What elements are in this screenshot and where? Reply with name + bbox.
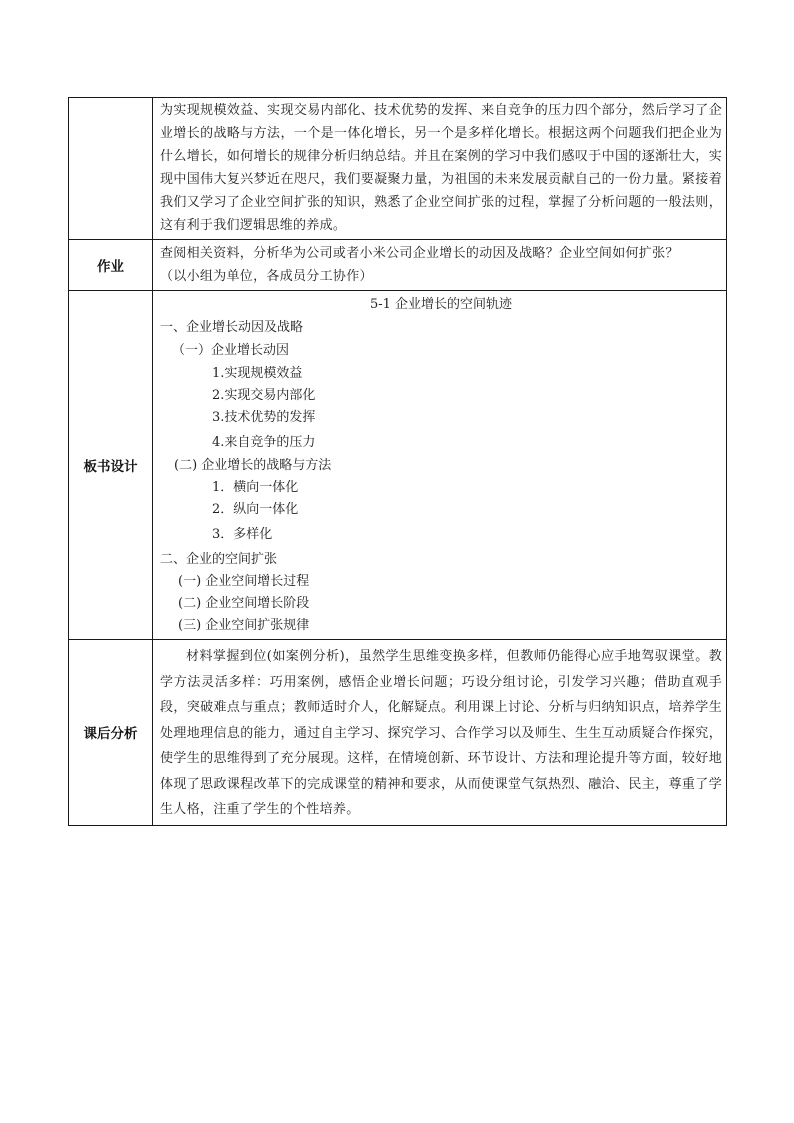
section-1-sub-1-heading: （一）企业增长动因 xyxy=(160,340,722,362)
summary-cell: 为实现规模效益、实现交易内部化、技术优势的发挥、来自竞争的压力四个部分，然后学习… xyxy=(153,98,727,240)
section-2-item: (三) 企业空间扩张规律 xyxy=(160,615,722,637)
row-label-board-design: 板书设计 xyxy=(69,291,153,640)
section-1-heading: 一、企业增长动因及战略 xyxy=(160,317,722,339)
analysis-text: 材料掌握到位(如案例分析)，虽然学生思维变换多样，但教师仍能得心应手地驾驭课堂。… xyxy=(160,644,722,823)
homework-line-1: 查阅相关资料，分析华为公司或者小米公司企业增长的动因及战略？企业空间如何扩张？ xyxy=(160,242,722,265)
analysis-cell: 材料掌握到位(如案例分析)，虽然学生思维变换多样，但教师仍能得心应手地驾驭课堂。… xyxy=(153,640,727,826)
board-design-cell: 5-1 企业增长的空间轨迹 一、企业增长动因及战略 （一）企业增长动因 1.实现… xyxy=(153,291,727,640)
row-label-summary xyxy=(69,98,153,240)
sub-2-item: 2．纵向一体化 xyxy=(160,499,722,521)
row-label-post-class-analysis: 课后分析 xyxy=(69,640,153,826)
sub-1-item: 2.实现交易内部化 xyxy=(160,385,722,407)
table-row-post-class-analysis: 课后分析 材料掌握到位(如案例分析)，虽然学生思维变换多样，但教师仍能得心应手地… xyxy=(69,640,727,826)
sub-2-item: 1．横向一体化 xyxy=(160,477,722,499)
section-2-item: (一) 企业空间增长过程 xyxy=(160,571,722,593)
sub-1-item: 4.来自竞争的压力 xyxy=(160,432,722,454)
section-2-heading: 二、企业的空间扩张 xyxy=(160,549,722,571)
summary-text: 为实现规模效益、实现交易内部化、技术优势的发挥、来自竞争的压力四个部分，然后学习… xyxy=(160,99,722,237)
table-row-board-design: 板书设计 5-1 企业增长的空间轨迹 一、企业增长动因及战略 （一）企业增长动因… xyxy=(69,291,727,640)
document-page: 为实现规模效益、实现交易内部化、技术优势的发挥、来自竞争的压力四个部分，然后学习… xyxy=(0,0,794,1123)
section-1-sub-2-heading: (二) 企业增长的战略与方法 xyxy=(160,455,722,477)
sub-1-item: 1.实现规模效益 xyxy=(160,363,722,385)
row-label-homework: 作业 xyxy=(69,240,153,291)
section-2-item: (二) 企业空间增长阶段 xyxy=(160,593,722,615)
sub-1-item: 3.技术优势的发挥 xyxy=(160,407,722,429)
sub-2-item: 3．多样化 xyxy=(160,524,722,546)
lesson-plan-table: 为实现规模效益、实现交易内部化、技术优势的发挥、来自竞争的压力四个部分，然后学习… xyxy=(68,97,727,826)
table-row-summary: 为实现规模效益、实现交易内部化、技术优势的发挥、来自竞争的压力四个部分，然后学习… xyxy=(69,98,727,240)
board-title: 5-1 企业增长的空间轨迹 xyxy=(160,294,722,316)
table-row-homework: 作业 查阅相关资料，分析华为公司或者小米公司企业增长的动因及战略？企业空间如何扩… xyxy=(69,240,727,291)
homework-cell: 查阅相关资料，分析华为公司或者小米公司企业增长的动因及战略？企业空间如何扩张？ … xyxy=(153,240,727,291)
homework-line-2: （以小组为单位，各成员分工协作） xyxy=(160,265,722,288)
